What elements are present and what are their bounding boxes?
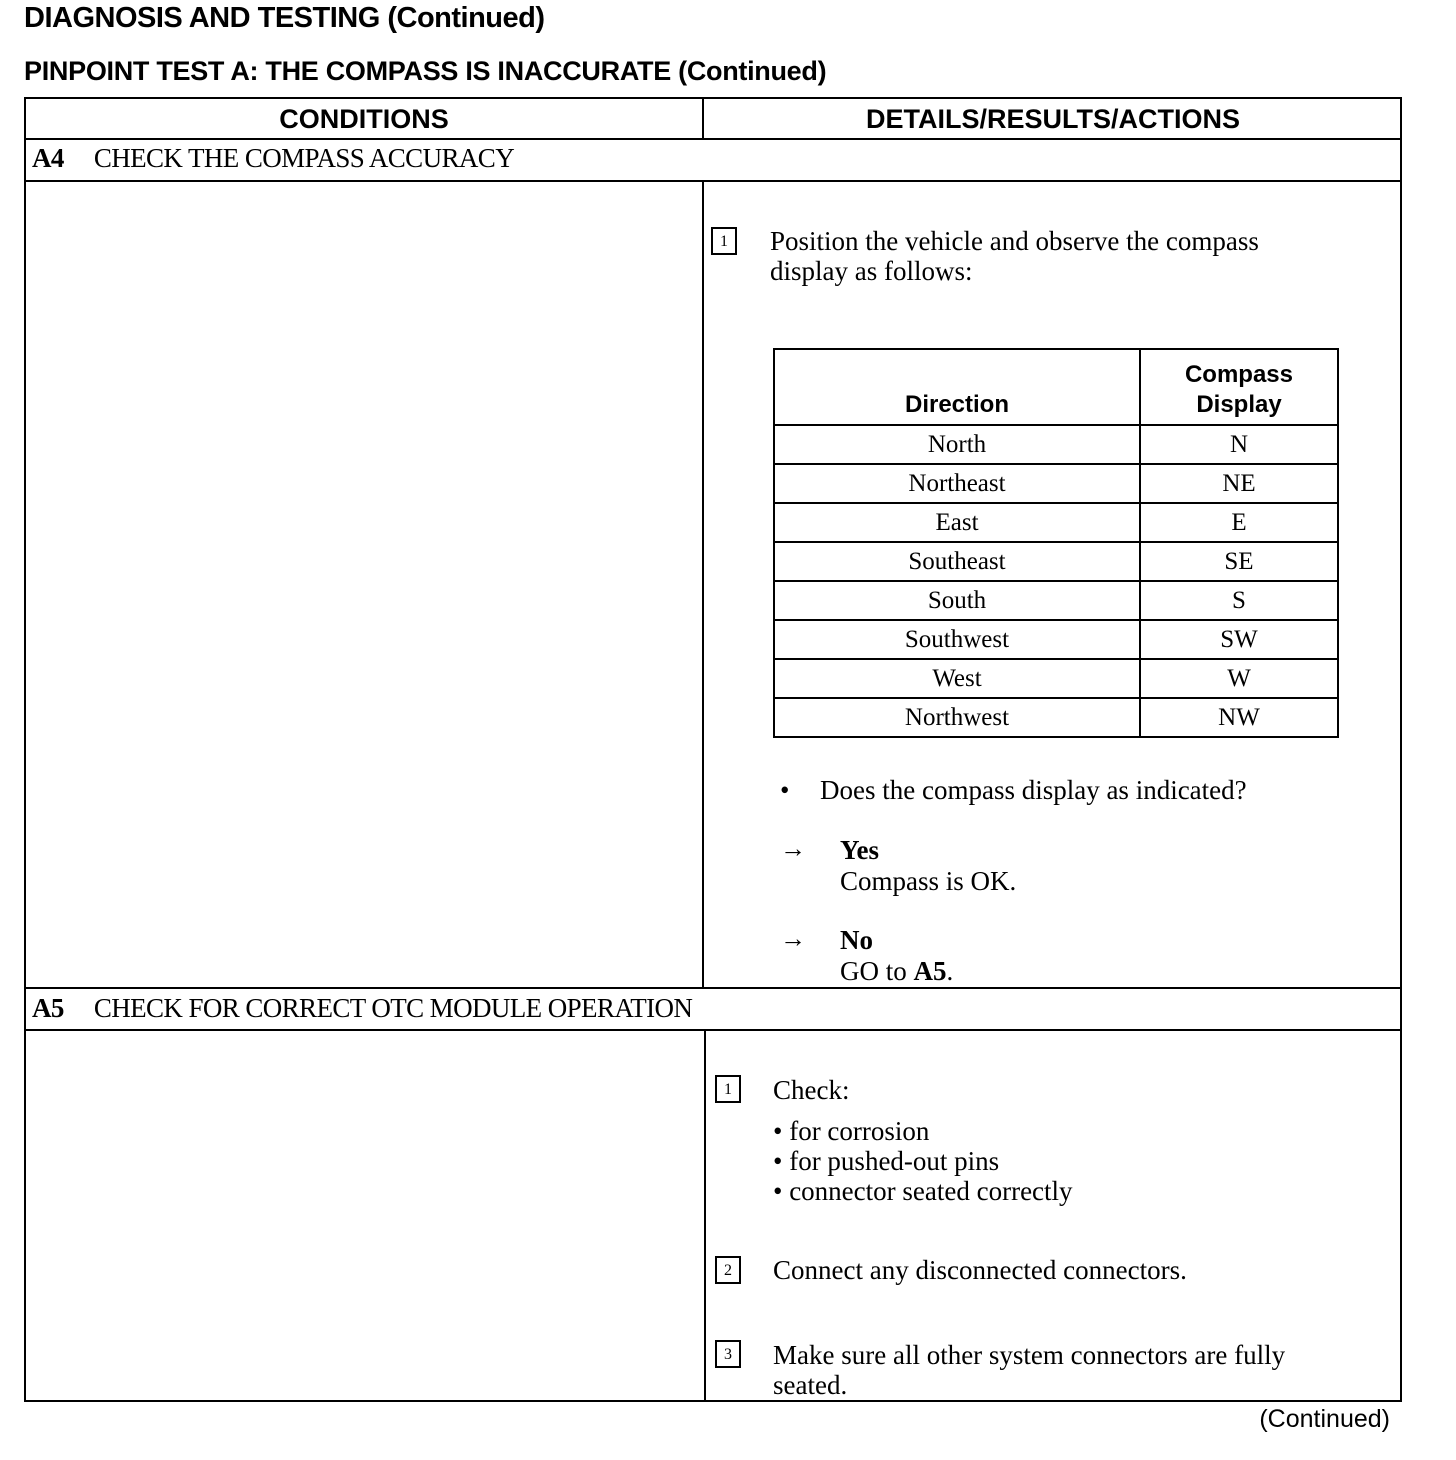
- direction-row: EastE: [774, 503, 1338, 542]
- direction-row: SouthwestSW: [774, 620, 1338, 659]
- bullet-list: • for corrosion • for pushed-out pins • …: [773, 1116, 1073, 1206]
- direction-row: SouthS: [774, 581, 1338, 620]
- direction-row: SoutheastSE: [774, 542, 1338, 581]
- question-text: Does the compass display as indicated?: [820, 775, 1247, 805]
- direction-cell: Southeast: [774, 542, 1140, 581]
- bullet-item: • connector seated correctly: [773, 1176, 1073, 1206]
- compass-display-header: Compass Display: [1140, 349, 1338, 425]
- compass-display-cell: E: [1140, 503, 1338, 542]
- action-text: Connect any disconnected connectors.: [773, 1255, 1187, 1285]
- continued-label: (Continued): [1259, 1405, 1390, 1434]
- step-number-box: 1: [715, 1075, 741, 1103]
- direction-cell: East: [774, 503, 1140, 542]
- compass-display-cell: NE: [1140, 464, 1338, 503]
- direction-row: NortheastNE: [774, 464, 1338, 503]
- direction-row: NorthN: [774, 425, 1338, 464]
- direction-cell: South: [774, 581, 1140, 620]
- result-no-label: No: [840, 925, 873, 955]
- direction-row: NorthwestNW: [774, 698, 1338, 737]
- arrow-right-icon: →: [780, 924, 806, 954]
- step-number-box: 1: [711, 227, 737, 255]
- direction-cell: West: [774, 659, 1140, 698]
- compass-display-cell: S: [1140, 581, 1338, 620]
- step-header-a4: A4CHECK THE COMPASS ACCURACY: [32, 143, 514, 174]
- compass-display-cell: NW: [1140, 698, 1338, 737]
- step-number-box: 2: [715, 1256, 741, 1284]
- direction-header: Direction: [774, 349, 1140, 425]
- action-text: Make sure all other system connectors ar…: [773, 1340, 1363, 1400]
- pinpoint-test-title: PINPOINT TEST A: THE COMPASS IS INACCURA…: [24, 56, 826, 87]
- step-header-a5: A5CHECK FOR CORRECT OTC MODULE OPERATION: [32, 993, 692, 1024]
- compass-display-cell: N: [1140, 425, 1338, 464]
- result-yes-label: Yes: [840, 835, 879, 865]
- bullet-item: • for pushed-out pins: [773, 1146, 1073, 1176]
- direction-table: Direction Compass Display NorthNNortheas…: [773, 348, 1339, 738]
- goto-link-a5[interactable]: A5: [914, 956, 947, 986]
- action-text: Check:: [773, 1075, 849, 1105]
- column-header-conditions: CONDITIONS: [26, 99, 702, 140]
- direction-cell: Southwest: [774, 620, 1140, 659]
- result-no-action: GO to A5.: [840, 956, 953, 986]
- direction-cell: Northwest: [774, 698, 1140, 737]
- bullet-icon: •: [780, 775, 789, 805]
- compass-display-cell: SW: [1140, 620, 1338, 659]
- compass-display-cell: W: [1140, 659, 1338, 698]
- step-number-box: 3: [715, 1340, 741, 1368]
- result-yes-action: Compass is OK.: [840, 866, 1016, 896]
- direction-row: WestW: [774, 659, 1338, 698]
- direction-cell: Northeast: [774, 464, 1140, 503]
- section-title: DIAGNOSIS AND TESTING (Continued): [24, 2, 545, 35]
- arrow-right-icon: →: [780, 834, 806, 864]
- bullet-item: • for corrosion: [773, 1116, 1073, 1146]
- action-text: Position the vehicle and observe the com…: [770, 226, 1340, 286]
- compass-display-cell: SE: [1140, 542, 1338, 581]
- direction-cell: North: [774, 425, 1140, 464]
- column-header-details: DETAILS/RESULTS/ACTIONS: [704, 99, 1402, 140]
- pinpoint-test-table: CONDITIONS DETAILS/RESULTS/ACTIONS A4CHE…: [24, 97, 1402, 1402]
